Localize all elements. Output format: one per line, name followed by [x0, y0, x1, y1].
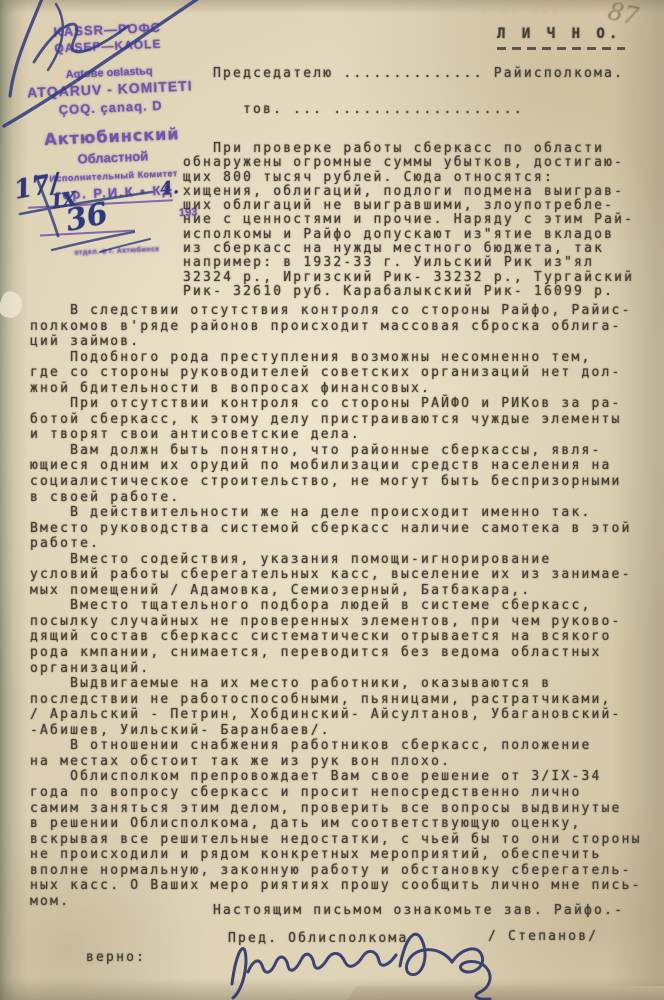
- handwritten-year-digit: 4.: [159, 177, 180, 200]
- oblast-committee-stamp: KASSR—РОФС QASEP—KAOLE Aqtoвe oвlastьq A…: [17, 18, 207, 259]
- personal-label: Л И Ч Н О.: [497, 26, 621, 42]
- addressee-tov-line: тов. ... ...................: [243, 102, 524, 117]
- paragraph-intro: При проверке работы сберкасс по области …: [183, 142, 634, 299]
- certified-label: верно:: [86, 950, 146, 965]
- closing-line: Настоящим письмом ознакомьте зав. Райфо.…: [213, 903, 624, 918]
- faded-marks: · ·· ···: [480, 6, 562, 20]
- signature-title: Пред. Облисполкома: [228, 931, 408, 946]
- addressee-line: Председателю .............. Райисполкома…: [213, 66, 624, 81]
- signature-name: / Степанов/: [488, 929, 598, 944]
- back-sheet-edge: [348, 986, 664, 1000]
- paragraph-main: В следствии отсутствия контроля со сторо…: [30, 303, 642, 909]
- personal-underline: [497, 47, 625, 50]
- stamp-line-oblast: Областной: [23, 146, 203, 169]
- stamp-line-aktyubinsk: Актюбинский: [22, 123, 203, 150]
